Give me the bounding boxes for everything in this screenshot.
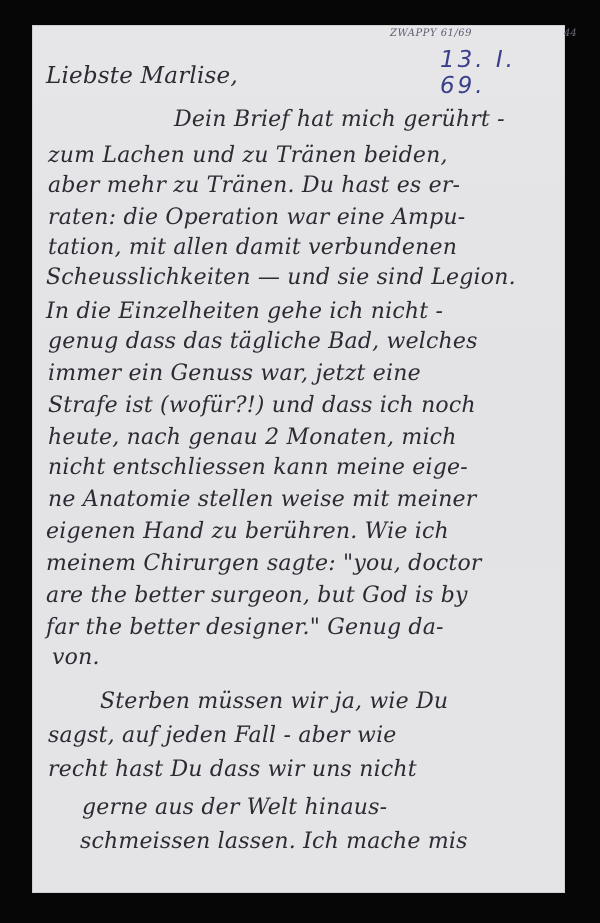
letter-line: Dein Brief hat mich gerührt -	[174, 109, 505, 131]
letter-line: recht hast Du dass wir uns nicht	[48, 759, 417, 781]
letter-line: genug dass das tägliche Bad, welches	[48, 331, 478, 353]
letter-line: tation, mit allen damit verbundenen	[48, 237, 457, 259]
letter-line: Scheusslichkeiten — und sie sind Legion.	[46, 267, 516, 289]
letter-line: sagst, auf jeden Fall - aber wie	[48, 725, 397, 747]
letter-date: 13. I. 69.	[440, 47, 565, 99]
letter-line: von.	[52, 647, 100, 669]
letter-line: In die Einzelheiten gehe ich nicht -	[46, 301, 443, 323]
letter-line: zum Lachen und zu Tränen beiden,	[48, 145, 448, 167]
letter-line: schmeissen lassen. Ich mache mis	[80, 831, 468, 853]
letter-line: Sterben müssen wir ja, wie Du	[100, 691, 448, 713]
salutation: Liebste Marlise,	[46, 65, 238, 88]
letter-line: meinem Chirurgen sagte: "you, doctor	[46, 553, 482, 575]
letter-line: eigenen Hand zu berühren. Wie ich	[46, 521, 449, 543]
letter-line: nicht entschliessen kann meine eige-	[48, 457, 468, 479]
letter-line: raten: die Operation war eine Ampu-	[48, 207, 465, 229]
letter-line: are the better surgeon, but God is by	[46, 585, 468, 607]
letter-line: ne Anatomie stellen weise mit meiner	[48, 489, 477, 511]
letter-line: gerne aus der Welt hinaus-	[82, 797, 387, 819]
page-number: 44	[564, 28, 577, 39]
letter-line: aber mehr zu Tränen. Du hast es er-	[48, 175, 460, 197]
letter-page: ZWAPPY 61/69 44 13. I. 69. Liebste Marli…	[32, 25, 565, 893]
letter-line: Strafe ist (wofür?!) und dass ich noch	[48, 395, 476, 417]
letter-line: far the better designer." Genug da-	[46, 617, 444, 639]
archive-reference: ZWAPPY 61/69	[390, 28, 472, 39]
letter-line: immer ein Genuss war, jetzt eine	[48, 363, 421, 385]
letter-line: heute, nach genau 2 Monaten, mich	[48, 427, 457, 449]
